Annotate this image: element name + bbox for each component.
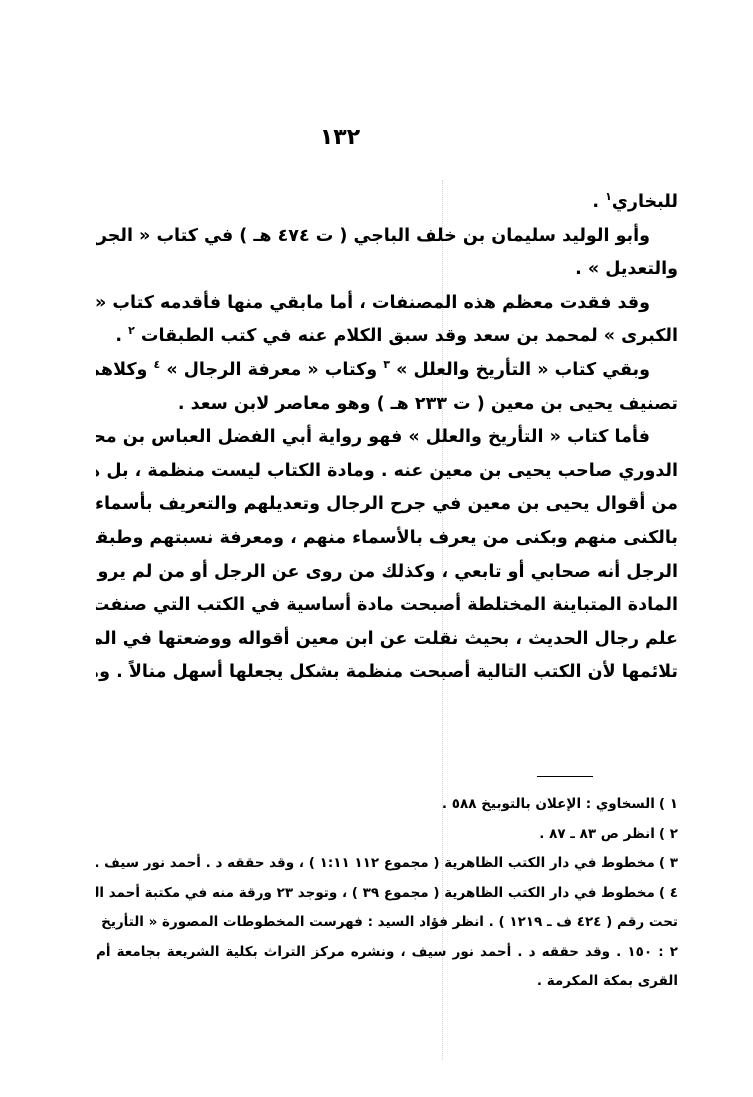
footnote-ref[interactable]: ٤ <box>154 358 161 371</box>
body-line: وأبو الوليد سليمان بن خلف الباجي ( ت ٤٧٤… <box>96 220 678 254</box>
footnote-separator <box>537 776 593 777</box>
footnote-ref[interactable]: ١ <box>605 190 612 203</box>
footnote-ref[interactable]: ٢ <box>128 325 135 338</box>
body-line: علم رجال الحديث ، بحيث نقلت عن ابن معين … <box>96 623 678 657</box>
footnote-number: ١ ) <box>659 790 678 820</box>
footnote-4: ٤ )مخطوط في دار الكتب الظاهرية ( مجموع ٣… <box>96 879 678 909</box>
footnote-3: ٣ )مخطوط في دار الكتب الظاهرية ( مجموع ١… <box>96 849 678 879</box>
footnote-ref[interactable]: ٣ <box>383 358 390 371</box>
footnote-number: ٣ ) <box>659 849 678 879</box>
page-number: ١٣٢ <box>310 125 370 150</box>
body-text: للبخاري١ . وأبو الوليد سليمان بن خلف الب… <box>96 186 678 690</box>
body-line: للبخاري١ . <box>96 186 678 220</box>
book-page: ١٣٢ للبخاري١ . وأبو الوليد سليمان بن خلف… <box>0 0 753 1097</box>
footnote-1: ١ )السخاوي : الإعلان بالتوبيخ ٥٨٨ . <box>96 790 678 820</box>
footnote-4-continued: ٢ : ١٥٠ . وقد حققه د . أحمد نور سيف ، ون… <box>96 938 678 968</box>
footnote-number: ٤ ) <box>659 879 678 909</box>
body-line: بالكنى منهم وبكنى من يعرف بالأسماء منهم … <box>96 522 678 556</box>
footnote-number: ٢ ) <box>659 820 678 850</box>
body-line: تصنيف يحيى بن معين ( ت ٢٣٣ هـ ) وهو معاص… <box>96 388 678 422</box>
footnote-4-continued: تحت رقم ( ٤٢٤ ف ـ ١٢١٩ ) . انظر فؤاد الس… <box>96 908 678 938</box>
body-line: الرجل أنه صحابي أو تابعي ، وكذلك من روى … <box>96 556 678 590</box>
body-line: من أقوال يحيى بن معين في جرح الرجال وتعد… <box>96 488 678 522</box>
body-line: فأما كتاب « التأريخ والعلل » فهو رواية أ… <box>96 421 678 455</box>
body-line: والتعديل » . <box>96 253 678 287</box>
footnote-4-continued: القرى بمكة المكرمة . <box>96 967 678 997</box>
footnote-2: ٢ )انظر ص ٨٣ ـ ٨٧ . <box>96 820 678 850</box>
footnotes: ١ )السخاوي : الإعلان بالتوبيخ ٥٨٨ . ٢ )ا… <box>96 790 678 997</box>
body-line: وقد فقدت معظم هذه المصنفات ، أما مابقي م… <box>96 287 678 321</box>
body-line: المادة المتباينة المختلطة أصبحت مادة أسا… <box>96 589 678 623</box>
body-line: الدوري صاحب يحيى بن معين عنه . ومادة الك… <box>96 455 678 489</box>
body-line: الكبرى » لمحمد بن سعد وقد سبق الكلام عنه… <box>96 320 678 354</box>
body-line: تلائمها لأن الكتب التالية أصبحت منظمة بش… <box>96 656 678 690</box>
body-line: وبقي كتاب « التأريخ والعلل » ٣ وكتاب « م… <box>96 354 678 388</box>
